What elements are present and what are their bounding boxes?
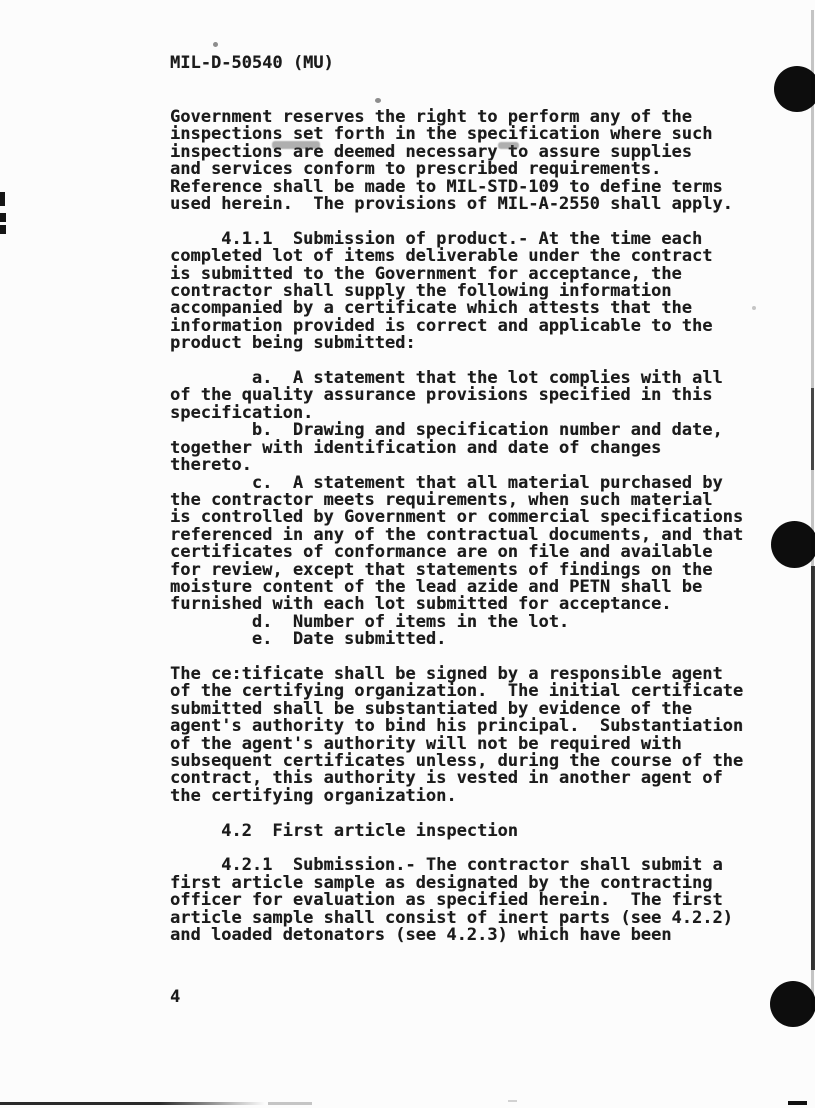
scanned-document-page: MIL-D-50540 (MU) Government reserves the…: [0, 0, 815, 1108]
scan-line-bottom-dash: [788, 1101, 807, 1105]
document-body: Government reserves the right to perform…: [170, 109, 743, 944]
scan-mark-left-edge: [0, 192, 5, 206]
scan-line-bottom-dash: [508, 1100, 517, 1102]
scan-mark-left-edge: [0, 213, 6, 222]
scan-speck: [213, 42, 218, 47]
scan-edge-line-right-dark-segment: [811, 388, 814, 470]
punch-hole-top: [774, 66, 815, 112]
document-number-header: MIL-D-50540 (MU): [170, 55, 334, 72]
paragraph-intro: Government reserves the right to perform…: [170, 109, 743, 213]
scan-edge-line-right-dark-segment: [811, 566, 815, 970]
paragraph-4-1-1-submission-of-product: 4.1.1 Submission of product.- At the tim…: [170, 231, 743, 353]
punch-hole-bottom: [770, 981, 815, 1027]
paragraph-certificate-signing: The ce:tificate shall be signed by a res…: [170, 666, 743, 805]
scan-mark-left-edge: [0, 225, 6, 234]
punch-hole-middle: [771, 521, 815, 568]
page-number: 4: [170, 989, 180, 1006]
scan-smudge-overtype: [272, 141, 320, 149]
heading-4-2-first-article-inspection: 4.2 First article inspection: [170, 823, 743, 840]
scan-speck: [375, 98, 381, 103]
list-items-a-to-e: a. A statement that the lot complies wit…: [170, 370, 743, 649]
scan-line-bottom-dash: [268, 1102, 312, 1105]
paragraph-4-2-1-submission: 4.2.1 Submission.- The contractor shall …: [170, 857, 743, 944]
scan-speck: [752, 306, 756, 310]
scan-line-bottom: [0, 1102, 265, 1105]
scan-smudge-overtype: [498, 142, 519, 149]
